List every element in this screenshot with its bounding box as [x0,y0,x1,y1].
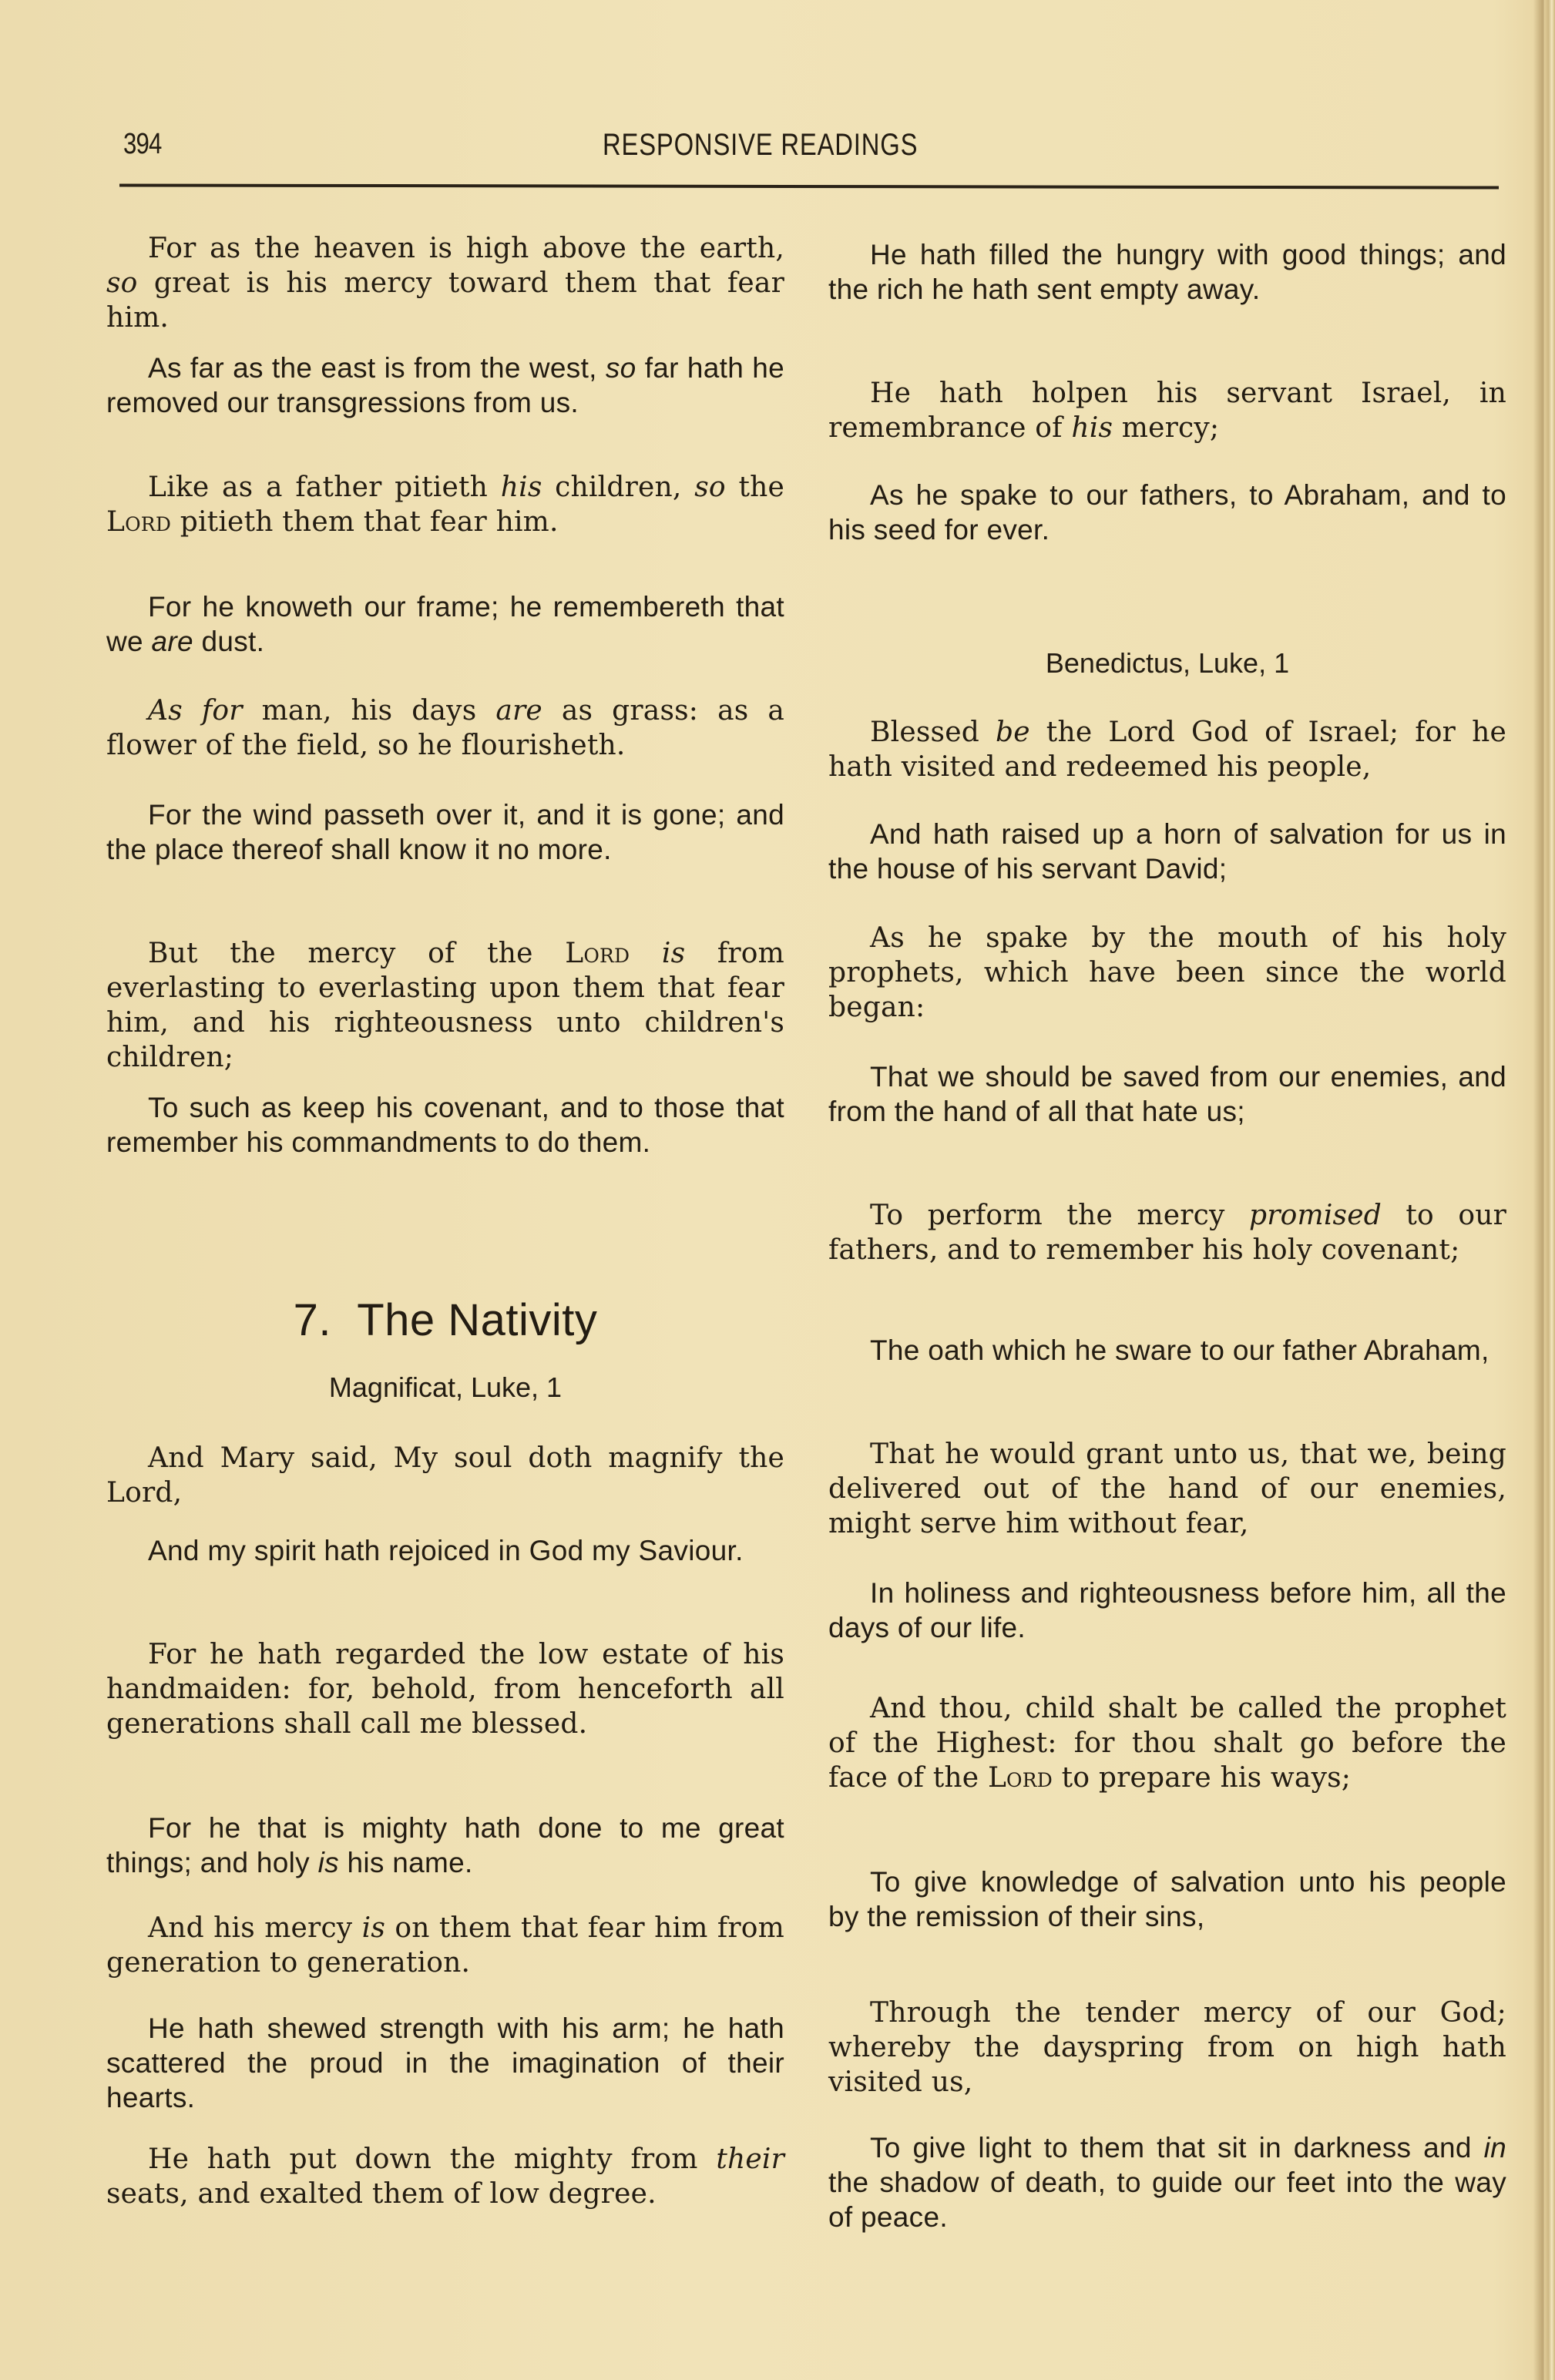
verse: For he hath regarded the low estate of h… [106,1637,784,1741]
verse: To give knowledge of salvation unto his … [828,1865,1506,1934]
verse: And thou, child shalt be called the prop… [828,1691,1506,1795]
running-title: RESPONSIVE READINGS [603,128,918,163]
verse: To perform the mercy promised to our fat… [828,1198,1506,1267]
header-rule [119,183,1499,189]
verse: As far as the east is from the west, so … [106,351,784,420]
verse: And his mercy is on them that fear him f… [106,1911,784,1980]
section-title: 7. The Nativity [106,1294,784,1346]
verse: In holiness and righteousness before him… [828,1576,1506,1645]
verse: To give light to them that sit in darkne… [828,2130,1506,2234]
verse: That we should be saved from our enemies… [828,1059,1506,1129]
verse: For the wind passeth over it, and it is … [106,797,784,867]
page-edge [1544,0,1555,2380]
verse: He hath filled the hungry with good thin… [828,237,1506,307]
verse: Blessed be the Lord God of Israel; for h… [828,715,1506,784]
verse: As for man, his days are as grass: as a … [106,693,784,763]
verse: And hath raised up a horn of salvation f… [828,817,1506,886]
verse: And Mary said, My soul doth magnify the … [106,1441,784,1510]
verse: Through the tender mercy of our God; whe… [828,1996,1506,2100]
verse: And my spirit hath rejoiced in God my Sa… [106,1533,784,1568]
section-subtitle: Magnificat, Luke, 1 [106,1371,784,1404]
verse: The oath which he sware to our father Ab… [828,1333,1506,1368]
verse: As he spake to our fathers, to Abraham, … [828,478,1506,547]
verse: For he knoweth our frame; he remembereth… [106,589,784,659]
verse: For he that is mighty hath done to me gr… [106,1811,784,1880]
verse: For as the heaven is high above the eart… [106,231,784,335]
running-head: 394 RESPONSIVE READINGS [0,123,1555,170]
page-number: 394 [123,128,162,161]
section-subtitle: Benedictus, Luke, 1 [828,647,1506,680]
verse: He hath holpen his servant Israel, in re… [828,376,1506,445]
scanned-page: 394 RESPONSIVE READINGS For as the heave… [0,0,1555,2380]
verse: He hath shewed strength with his arm; he… [106,2011,784,2115]
verse: To such as keep his covenant, and to tho… [106,1090,784,1160]
verse: Like as a father pitieth his children, s… [106,470,784,539]
verse: But the mercy of the Lord is from everla… [106,936,784,1075]
verse: As he spake by the mouth of his holy pro… [828,921,1506,1025]
verse: That he would grant unto us, that we, be… [828,1437,1506,1541]
verse: He hath put down the mighty from their s… [106,2142,784,2211]
